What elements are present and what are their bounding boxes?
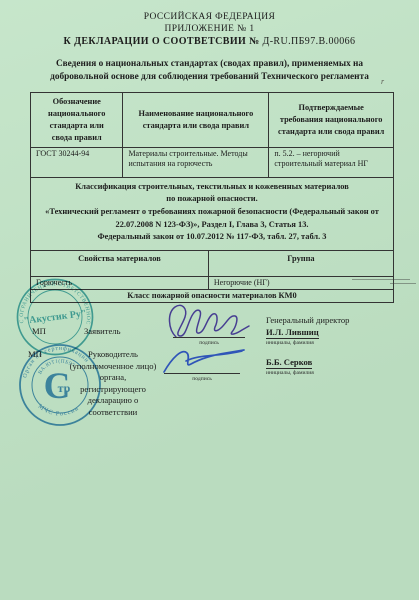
stray-pen-mark: r [381,77,384,86]
classification-section: Классификация строительных, текстильных … [31,177,393,250]
director-name: И.Л. Лившиц [266,327,319,339]
cell-standard-name: Материалы строительные. Методы испытания… [123,148,269,177]
document-page: РОССИЙСКАЯ ФЕДЕРАЦИЯ ПРИЛОЖЕНИЕ № 1 К ДЕ… [0,0,419,600]
col-header-requirements: Подтверждаемые требования национального … [269,93,393,148]
classification-line: «Технический регламент о требованиях пож… [37,206,387,219]
properties-header-row: Свойства материалов Группа [31,250,393,276]
document-subtitle: Сведения о национальных стандартах (свод… [28,58,391,85]
registrar-name: Б.Б. Серков [266,357,312,369]
initials-caption-2: инициалы, фамилия [266,370,314,376]
signature-line-2 [164,358,240,374]
classification-line: Федеральный закон от 10.07.2012 № 117-ФЗ… [37,231,387,244]
scan-artifact-line [390,283,416,284]
classification-line: 22.07.2008 N 123-ФЗ)», Раздел I, Глава 3… [37,219,387,232]
appendix-title: ПРИЛОЖЕНИЕ № 1 [0,24,419,34]
standards-header-row: Обозначение национального стандарта или … [31,93,393,148]
standards-table: Обозначение национального стандарта или … [30,92,394,303]
country-title: РОССИЙСКАЯ ФЕДЕРАЦИЯ [0,12,419,22]
podpis-caption-2: подпись [164,376,240,382]
signature-line-1 [173,322,245,338]
stamp2-logo-small: тр [58,381,71,395]
certification-round-stamp: Орган по сертификации МЧС России ВА.ЮТ1(… [17,342,103,428]
col-header-properties: Свойства материалов [31,250,208,276]
cell-gost: ГОСТ 30244-94 [31,148,123,177]
stamp1-center-text: "Акустик Ру" [23,308,87,327]
initials-caption-1: инициалы, фамилия [266,340,314,346]
col-header-name: Наименование национального стандарта или… [123,93,269,148]
col-header-designation: Обозначение национального стандарта или … [31,93,123,148]
declaration-title-bold: К ДЕКЛАРАЦИИ О СООТВЕТСВИИ № [64,36,260,47]
scan-artifact-line [352,279,410,280]
cell-requirement: п. 5.2. – негорючий строительный материа… [269,148,393,177]
table-row: ГОСТ 30244-94 Материалы строительные. Ме… [31,148,393,177]
director-title: Генеральный директор [266,315,349,325]
col-header-group: Группа [208,250,393,276]
declaration-title: К ДЕКЛАРАЦИИ О СООТВЕТСВИИ № Д-RU.ПБ97.В… [0,36,419,47]
declaration-number: Д-RU.ПБ97.В.00066 [262,36,355,47]
classification-line: Классификация строительных, текстильных … [37,181,387,194]
classification-line: по пожарной опасности. [37,193,387,206]
